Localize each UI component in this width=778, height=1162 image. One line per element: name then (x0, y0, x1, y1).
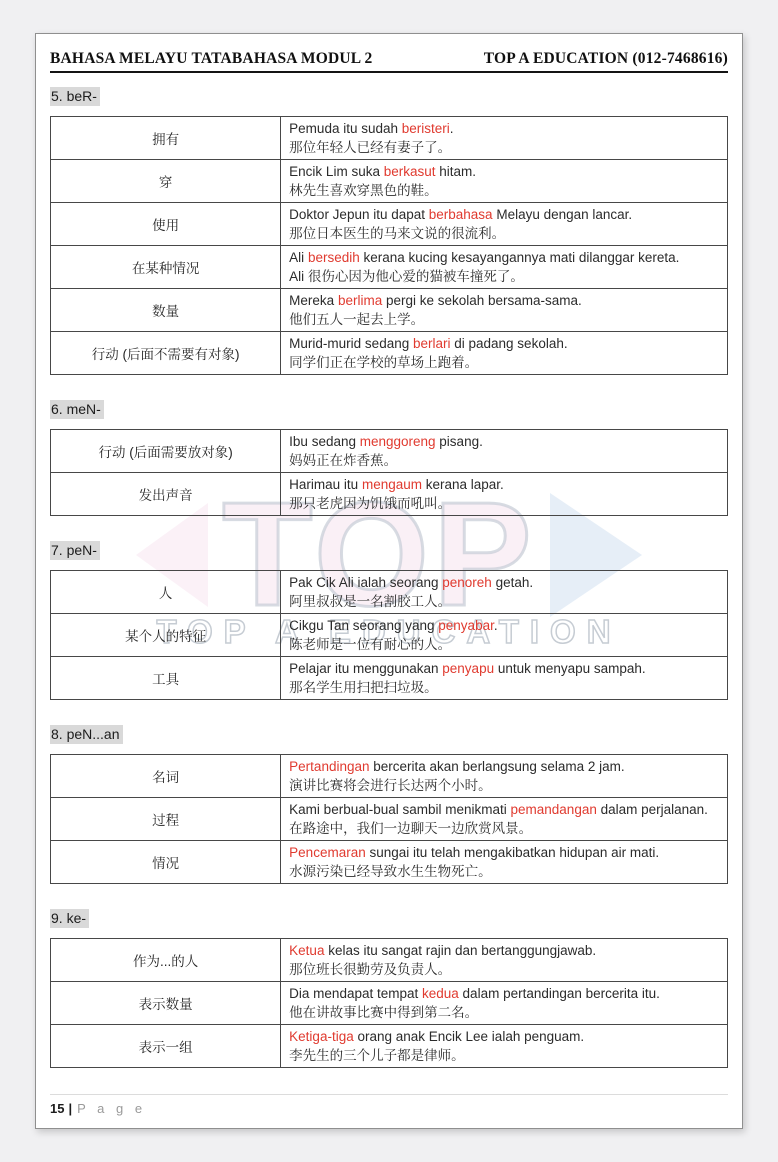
malay-text-after: hitam. (436, 164, 477, 179)
example-cell: Pelajar itu menggunakan penyapu untuk me… (281, 657, 728, 700)
chinese-translation: 那位班长很勤劳及负责人。 (289, 960, 719, 979)
table-row: 人 Pak Cik Ali ialah seorang penoreh geta… (51, 571, 728, 614)
keyword-highlight: berkasut (384, 164, 436, 179)
grammar-table: 作为...的人 Ketua kelas itu sangat rajin dan… (50, 938, 728, 1068)
malay-text-after: pergi ke sekolah bersama-sama. (382, 293, 582, 308)
malay-text-after: bercerita akan berlangsung selama 2 jam. (370, 759, 625, 774)
section-heading: 9. ke- (50, 910, 728, 926)
table-row: 穿 Encik Lim suka berkasut hitam. 林先生喜欢穿黑… (51, 160, 728, 203)
malay-text-after: dalam pertandingan bercerita itu. (459, 986, 660, 1001)
chinese-translation: 李先生的三个儿子都是律师。 (289, 1046, 719, 1065)
malay-text-before: Ibu sedang (289, 434, 360, 449)
malay-sentence: Doktor Jepun itu dapat berbahasa Melayu … (289, 205, 719, 224)
malay-text-before: Pelajar itu menggunakan (289, 661, 442, 676)
chinese-translation: 水源污染已经导致水生生物死亡。 (289, 862, 719, 881)
malay-text-before: Harimau itu (289, 477, 362, 492)
malay-sentence: Cikgu Tan seorang yang penyabar. (289, 616, 719, 635)
chinese-translation: 在路途中，我们一边聊天一边欣赏风景。 (289, 819, 719, 838)
content: 5. beR- 拥有 Pemuda itu sudah beristeri. 那… (50, 88, 728, 1068)
section-heading-label: 7. peN- (50, 541, 100, 560)
chinese-translation: 同学们正在学校的草场上跑着。 (289, 353, 719, 372)
chinese-translation: 那位日本医生的马来文说的很流利。 (289, 224, 719, 243)
table-row: 拥有 Pemuda itu sudah beristeri. 那位年轻人已经有妻… (51, 117, 728, 160)
malay-sentence: Encik Lim suka berkasut hitam. (289, 162, 719, 181)
category-cell: 拥有 (51, 117, 281, 160)
example-cell: Ketiga-tiga orang anak Encik Lee ialah p… (281, 1025, 728, 1068)
grammar-table: 拥有 Pemuda itu sudah beristeri. 那位年轻人已经有妻… (50, 116, 728, 375)
example-cell: Ali bersedih kerana kucing kesayangannya… (281, 246, 728, 289)
chinese-translation: 那只老虎因为饥饿而吼叫。 (289, 494, 719, 513)
category-cell: 名词 (51, 755, 281, 798)
keyword-highlight: berbahasa (429, 207, 493, 222)
category-cell: 情况 (51, 841, 281, 884)
example-cell: Encik Lim suka berkasut hitam. 林先生喜欢穿黑色的… (281, 160, 728, 203)
malay-sentence: Harimau itu mengaum kerana lapar. (289, 475, 719, 494)
section-heading: 6. meN- (50, 401, 728, 417)
footer-separator: | (68, 1101, 72, 1116)
grammar-section: 9. ke- 作为...的人 Ketua kelas itu sangat ra… (50, 910, 728, 1068)
malay-text-before: Encik Lim suka (289, 164, 384, 179)
keyword-highlight: mengaum (362, 477, 422, 492)
malay-text-after: Melayu dengan lancar. (493, 207, 633, 222)
example-cell: Murid-murid sedang berlari di padang sek… (281, 332, 728, 375)
table-row: 工具 Pelajar itu menggunakan penyapu untuk… (51, 657, 728, 700)
example-cell: Mereka berlima pergi ke sekolah bersama-… (281, 289, 728, 332)
keyword-highlight: pemandangan (511, 802, 597, 817)
malay-sentence: Pak Cik Ali ialah seorang penoreh getah. (289, 573, 719, 592)
table-row: 在某种情况 Ali bersedih kerana kucing kesayan… (51, 246, 728, 289)
malay-text-after: orang anak Encik Lee ialah penguam. (354, 1029, 584, 1044)
category-cell: 发出声音 (51, 473, 281, 516)
table-row: 过程 Kami berbual-bual sambil menikmati pe… (51, 798, 728, 841)
keyword-highlight: Pencemaran (289, 845, 366, 860)
malay-sentence: Pencemaran sungai itu telah mengakibatka… (289, 843, 719, 862)
malay-text-after: kelas itu sangat rajin dan bertanggungja… (324, 943, 596, 958)
category-cell: 使用 (51, 203, 281, 246)
malay-text-after: dalam perjalanan. (597, 802, 708, 817)
keyword-highlight: Ketua (289, 943, 324, 958)
grammar-table: 行动 (后面需要放对象) Ibu sedang menggoreng pisan… (50, 429, 728, 516)
page-label: P a g e (77, 1101, 146, 1116)
malay-text-before: Mereka (289, 293, 338, 308)
category-cell: 过程 (51, 798, 281, 841)
table-row: 情况 Pencemaran sungai itu telah mengakiba… (51, 841, 728, 884)
grammar-section: 8. peN...an 名词 Pertandingan bercerita ak… (50, 726, 728, 884)
category-cell: 数量 (51, 289, 281, 332)
section-heading-label: 8. peN...an (50, 725, 123, 744)
example-cell: Pencemaran sungai itu telah mengakibatka… (281, 841, 728, 884)
malay-text-after: . (494, 618, 498, 633)
table-row: 某个人的特征 Cikgu Tan seorang yang penyabar. … (51, 614, 728, 657)
keyword-highlight: kedua (422, 986, 459, 1001)
malay-text-after: untuk menyapu sampah. (494, 661, 646, 676)
section-heading-label: 9. ke- (50, 909, 89, 928)
malay-sentence: Ketua kelas itu sangat rajin dan bertang… (289, 941, 719, 960)
grammar-table: 人 Pak Cik Ali ialah seorang penoreh geta… (50, 570, 728, 700)
section-heading: 8. peN...an (50, 726, 728, 742)
grammar-section: 7. peN- 人 Pak Cik Ali ialah seorang peno… (50, 542, 728, 700)
chinese-translation: 那名学生用扫把扫垃圾。 (289, 678, 719, 697)
malay-text-after: . (450, 121, 454, 136)
chinese-translation: 阿里叔叔是一名割胶工人。 (289, 592, 719, 611)
footer-divider (50, 1094, 728, 1095)
category-cell: 工具 (51, 657, 281, 700)
header-left-title: BAHASA MELAYU TATABAHASA MODUL 2 (50, 50, 373, 68)
example-cell: Pertandingan bercerita akan berlangsung … (281, 755, 728, 798)
page-header: BAHASA MELAYU TATABAHASA MODUL 2 TOP A E… (50, 50, 728, 73)
malay-text-before: Dia mendapat tempat (289, 986, 422, 1001)
table-row: 行动 (后面需要放对象) Ibu sedang menggoreng pisan… (51, 430, 728, 473)
keyword-highlight: Pertandingan (289, 759, 369, 774)
malay-sentence: Kami berbual-bual sambil menikmati peman… (289, 800, 719, 819)
table-row: 表示数量 Dia mendapat tempat kedua dalam per… (51, 982, 728, 1025)
example-cell: Doktor Jepun itu dapat berbahasa Melayu … (281, 203, 728, 246)
malay-sentence: Pelajar itu menggunakan penyapu untuk me… (289, 659, 719, 678)
example-cell: Ketua kelas itu sangat rajin dan bertang… (281, 939, 728, 982)
malay-text-before: Ali (289, 250, 308, 265)
footer-text: 15|P a g e (50, 1101, 728, 1116)
malay-sentence: Dia mendapat tempat kedua dalam pertandi… (289, 984, 719, 1003)
malay-text-before: Doktor Jepun itu dapat (289, 207, 429, 222)
table-row: 名词 Pertandingan bercerita akan berlangsu… (51, 755, 728, 798)
table-row: 作为...的人 Ketua kelas itu sangat rajin dan… (51, 939, 728, 982)
malay-text-after: pisang. (436, 434, 483, 449)
keyword-highlight: Ketiga-tiga (289, 1029, 354, 1044)
example-cell: Kami berbual-bual sambil menikmati peman… (281, 798, 728, 841)
page-number: 15 (50, 1101, 64, 1116)
section-heading: 7. peN- (50, 542, 728, 558)
chinese-translation: 他们五人一起去上学。 (289, 310, 719, 329)
example-cell: Dia mendapat tempat kedua dalam pertandi… (281, 982, 728, 1025)
category-cell: 在某种情况 (51, 246, 281, 289)
category-cell: 作为...的人 (51, 939, 281, 982)
keyword-highlight: beristeri (402, 121, 450, 136)
category-cell: 某个人的特征 (51, 614, 281, 657)
chinese-translation: 那位年轻人已经有妻子了。 (289, 138, 719, 157)
section-heading-label: 6. meN- (50, 400, 104, 419)
example-cell: Ibu sedang menggoreng pisang. 妈妈正在炸香蕉。 (281, 430, 728, 473)
malay-text-after: kerana lapar. (422, 477, 504, 492)
malay-text-after: getah. (492, 575, 533, 590)
page-footer: 15|P a g e (50, 1094, 728, 1116)
keyword-highlight: berlima (338, 293, 382, 308)
example-cell: Harimau itu mengaum kerana lapar. 那只老虎因为… (281, 473, 728, 516)
header-right-title: TOP A EDUCATION (012-7468616) (484, 50, 728, 68)
table-row: 数量 Mereka berlima pergi ke sekolah bersa… (51, 289, 728, 332)
malay-text-after: di padang sekolah. (451, 336, 568, 351)
malay-sentence: Pemuda itu sudah beristeri. (289, 119, 719, 138)
section-heading: 5. beR- (50, 88, 728, 104)
category-cell: 穿 (51, 160, 281, 203)
malay-sentence: Ali bersedih kerana kucing kesayangannya… (289, 248, 719, 267)
malay-text-before: Kami berbual-bual sambil menikmati (289, 802, 510, 817)
malay-text-before: Cikgu Tan seorang yang (289, 618, 438, 633)
keyword-highlight: menggoreng (360, 434, 436, 449)
chinese-translation: 演讲比赛将会进行长达两个小时。 (289, 776, 719, 795)
category-cell: 行动 (后面不需要有对象) (51, 332, 281, 375)
malay-text-after: kerana kucing kesayangannya mati dilangg… (360, 250, 680, 265)
malay-sentence: Mereka berlima pergi ke sekolah bersama-… (289, 291, 719, 310)
malay-text-before: Pemuda itu sudah (289, 121, 402, 136)
table-row: 发出声音 Harimau itu mengaum kerana lapar. 那… (51, 473, 728, 516)
category-cell: 行动 (后面需要放对象) (51, 430, 281, 473)
grammar-table: 名词 Pertandingan bercerita akan berlangsu… (50, 754, 728, 884)
malay-sentence: Pertandingan bercerita akan berlangsung … (289, 757, 719, 776)
example-cell: Pak Cik Ali ialah seorang penoreh getah.… (281, 571, 728, 614)
grammar-section: 6. meN- 行动 (后面需要放对象) Ibu sedang menggore… (50, 401, 728, 516)
keyword-highlight: penoreh (442, 575, 492, 590)
document-page: TOP TOP A EDUCATION BAHASA MELAYU TATABA… (35, 33, 743, 1129)
chinese-translation: 林先生喜欢穿黑色的鞋。 (289, 181, 719, 200)
table-row: 行动 (后面不需要有对象) Murid-murid sedang berlari… (51, 332, 728, 375)
malay-sentence: Ketiga-tiga orang anak Encik Lee ialah p… (289, 1027, 719, 1046)
malay-sentence: Murid-murid sedang berlari di padang sek… (289, 334, 719, 353)
malay-text-after: sungai itu telah mengakibatkan hidupan a… (366, 845, 659, 860)
example-cell: Pemuda itu sudah beristeri. 那位年轻人已经有妻子了。 (281, 117, 728, 160)
category-cell: 人 (51, 571, 281, 614)
malay-text-before: Murid-murid sedang (289, 336, 413, 351)
chinese-translation: 陈老师是一位有耐心的人。 (289, 635, 719, 654)
grammar-section: 5. beR- 拥有 Pemuda itu sudah beristeri. 那… (50, 88, 728, 375)
keyword-highlight: bersedih (308, 250, 360, 265)
chinese-translation: 他在讲故事比赛中得到第二名。 (289, 1003, 719, 1022)
example-cell: Cikgu Tan seorang yang penyabar. 陈老师是一位有… (281, 614, 728, 657)
keyword-highlight: penyapu (442, 661, 494, 676)
category-cell: 表示数量 (51, 982, 281, 1025)
malay-text-before: Pak Cik Ali ialah seorang (289, 575, 442, 590)
malay-sentence: Ibu sedang menggoreng pisang. (289, 432, 719, 451)
keyword-highlight: berlari (413, 336, 451, 351)
category-cell: 表示一组 (51, 1025, 281, 1068)
table-row: 表示一组 Ketiga-tiga orang anak Encik Lee ia… (51, 1025, 728, 1068)
chinese-translation: Ali 很伤心因为他心爱的猫被车撞死了。 (289, 267, 719, 286)
keyword-highlight: penyabar (438, 618, 494, 633)
chinese-translation: 妈妈正在炸香蕉。 (289, 451, 719, 470)
table-row: 使用 Doktor Jepun itu dapat berbahasa Mela… (51, 203, 728, 246)
section-heading-label: 5. beR- (50, 87, 100, 106)
